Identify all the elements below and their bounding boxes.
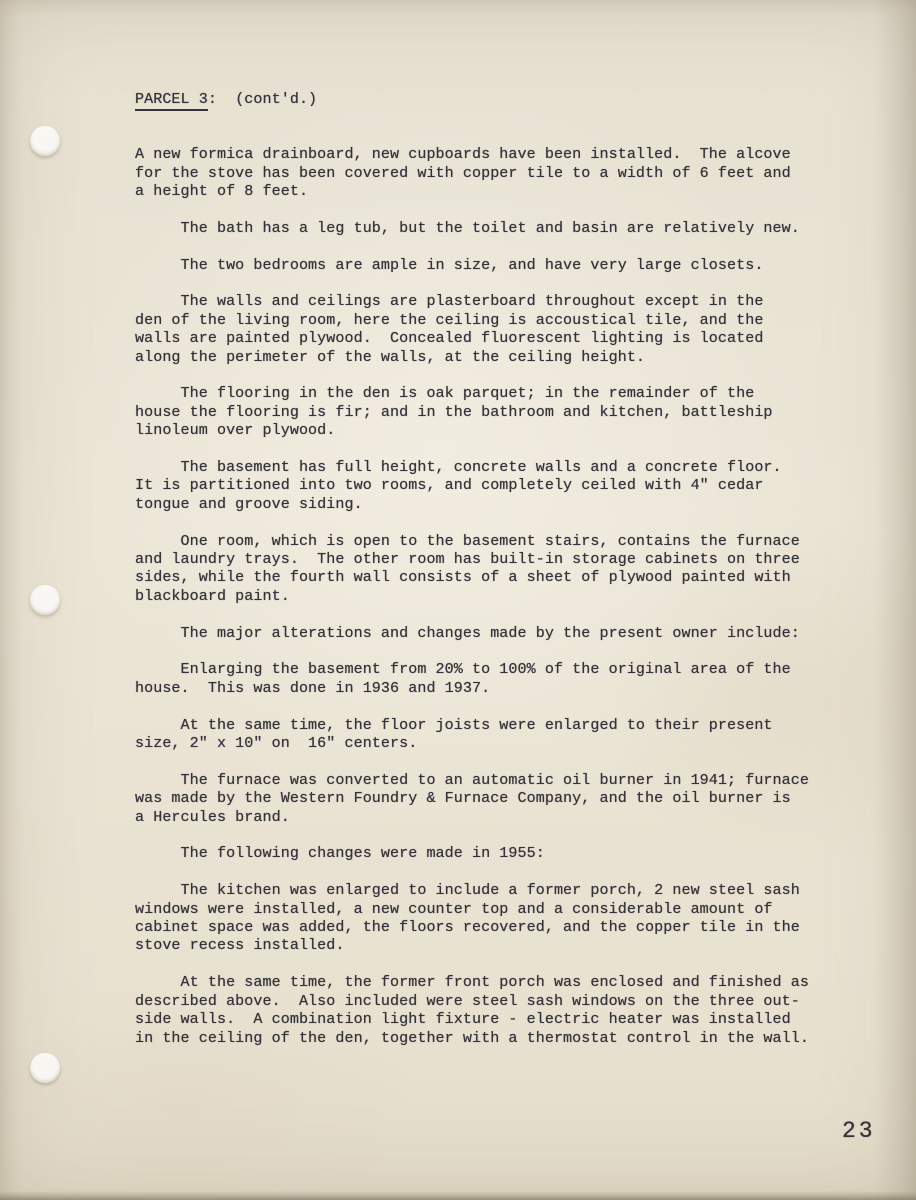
paragraph: The following changes were made in 1955:	[135, 844, 825, 862]
paragraph: The furnace was converted to an automati…	[135, 771, 825, 826]
paragraph: The flooring in the den is oak parquet; …	[135, 384, 825, 439]
paragraph: The basement has full height, concrete w…	[135, 458, 825, 513]
paragraph: The major alterations and changes made b…	[135, 624, 825, 642]
paragraph: The walls and ceilings are plasterboard …	[135, 292, 825, 366]
document-body: A new formica drainboard, new cupboards …	[135, 145, 825, 1047]
paragraph: At the same time, the floor joists were …	[135, 716, 825, 753]
heading-title: PARCEL 3	[135, 90, 208, 111]
paragraph: Enlarging the basement from 20% to 100% …	[135, 660, 825, 697]
scan-bottom-edge	[0, 1191, 916, 1200]
paragraph: One room, which is open to the basement …	[135, 532, 825, 606]
heading-suffix: (cont'd.)	[217, 90, 317, 108]
paragraph: The bath has a leg tub, but the toilet a…	[135, 219, 825, 237]
page-heading: PARCEL 3: (cont'd.)	[135, 90, 825, 108]
punch-hole-middle	[30, 585, 60, 615]
punch-hole-bottom	[30, 1053, 60, 1083]
punch-hole-top	[30, 126, 60, 156]
heading-colon: :	[208, 90, 217, 108]
paragraph: The kitchen was enlarged to include a fo…	[135, 881, 825, 955]
paragraph: The two bedrooms are ample in size, and …	[135, 256, 825, 274]
paragraph: A new formica drainboard, new cupboards …	[135, 145, 825, 200]
paragraph: At the same time, the former front porch…	[135, 973, 825, 1047]
document-page: PARCEL 3: (cont'd.) A new formica drainb…	[0, 0, 916, 1200]
document-text-area: PARCEL 3: (cont'd.) A new formica drainb…	[135, 90, 825, 1065]
page-number: 23	[842, 1118, 876, 1144]
